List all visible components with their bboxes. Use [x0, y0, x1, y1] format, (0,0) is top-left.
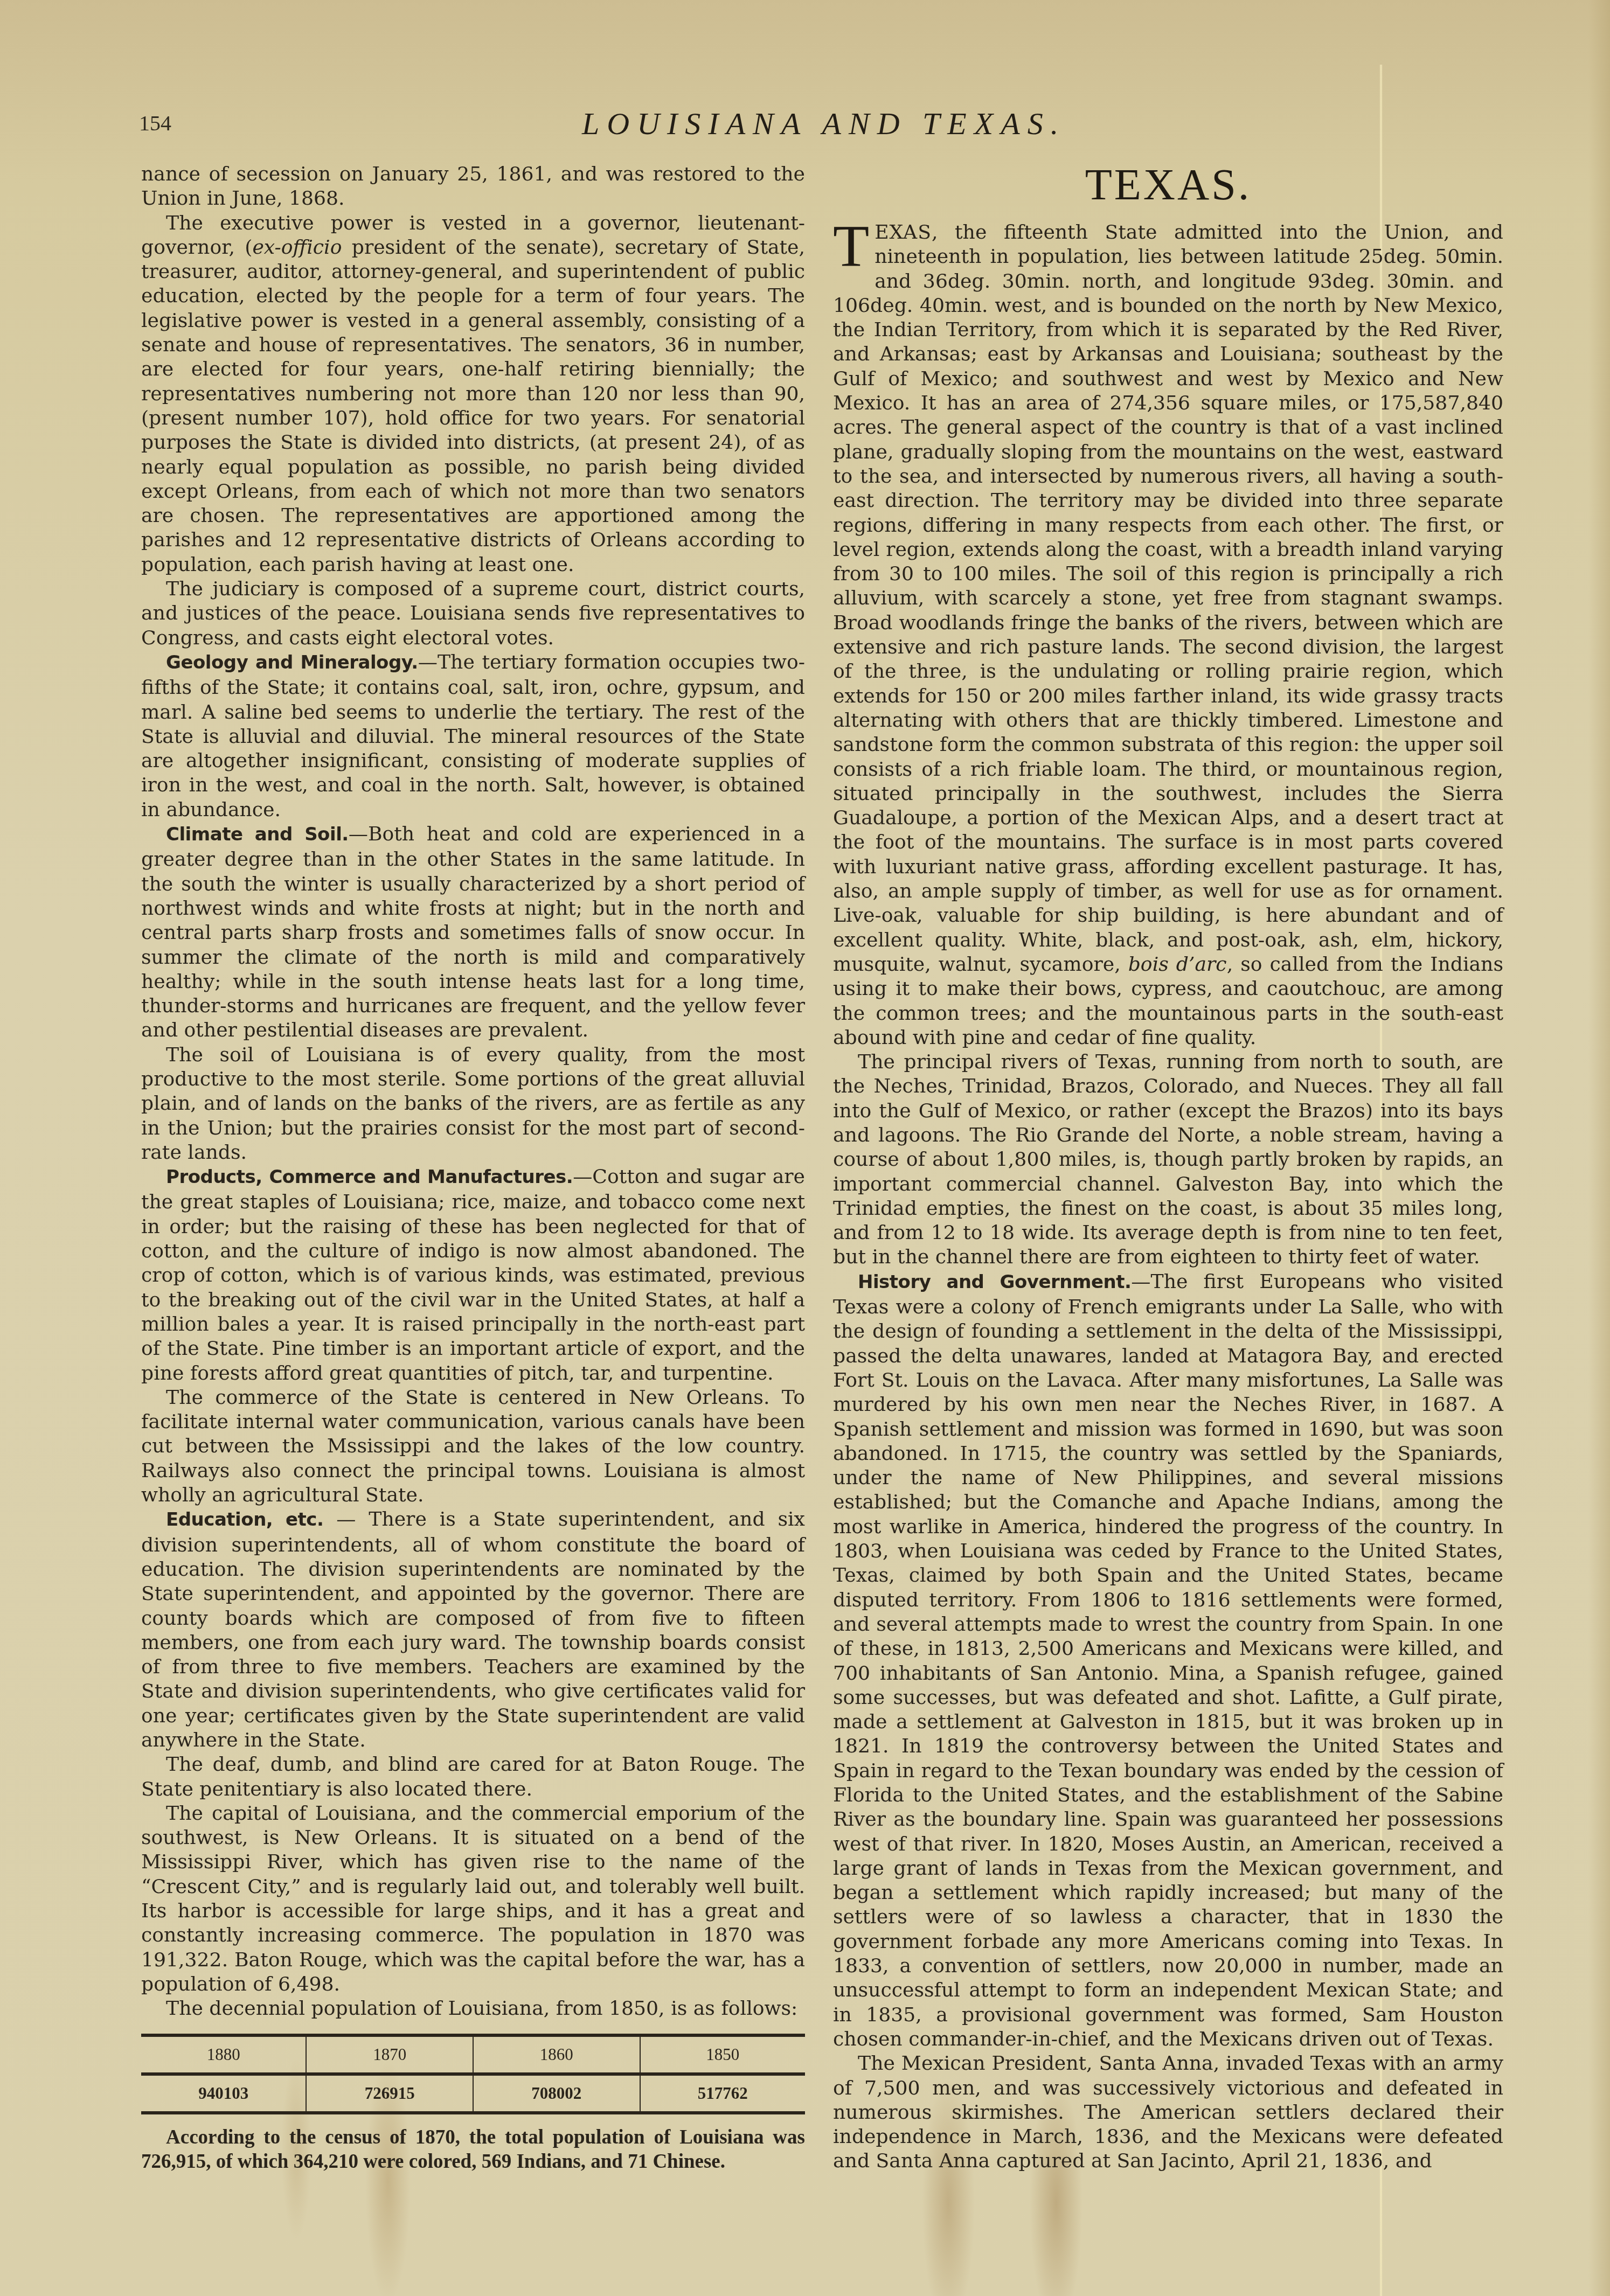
italic-term: bois d’arc	[1128, 952, 1227, 976]
subheading-history: History and Government.	[858, 1271, 1131, 1293]
table-cell: 940103	[141, 2074, 306, 2113]
italic-term: ex-officio	[252, 235, 342, 259]
drop-cap-letter: T	[833, 223, 869, 269]
table-cell: 726915	[306, 2074, 473, 2113]
table-header-cell: 1860	[473, 2035, 640, 2074]
table-header-cell: 1850	[640, 2035, 805, 2074]
paragraph-rivers: The principal rivers of Texas, running f…	[833, 1049, 1503, 1269]
subheading-education: Education, etc.	[166, 1509, 323, 1530]
subheading-climate: Climate and Soil.	[166, 824, 349, 845]
table-header-cell: 1870	[306, 2035, 473, 2074]
text-run: — There is a State superintendent, and s…	[141, 1507, 805, 1751]
paragraph-deaf-dumb-blind: The deaf, dumb, and blind are cared for …	[141, 1752, 805, 1801]
subheading-products: Products, Commerce and Manufactures.	[166, 1166, 573, 1188]
table-cell: 517762	[640, 2074, 805, 2113]
text-run: —Both heat and cold are experienced in a…	[141, 822, 805, 1041]
table-header-cell: 1880	[141, 2035, 306, 2074]
paragraph-decennial-intro: The decennial population of Louisiana, f…	[141, 1996, 805, 2020]
text-run: , the fifteenth State admitted into the …	[833, 220, 1503, 976]
page-number: 154	[139, 110, 171, 136]
paragraph-geology: Geology and Mineralogy.—The tertiary for…	[141, 650, 805, 822]
text-run: —The tertiary formation occupies two-fif…	[141, 650, 805, 821]
paragraph-santa-anna: The Mexican President, Santa Anna, invad…	[833, 2051, 1503, 2173]
population-table: 1880 1870 1860 1850 940103 726915 708002…	[141, 2034, 805, 2114]
page-edge-shadow	[1588, 0, 1610, 2296]
section-title-texas: TEXAS.	[833, 161, 1503, 209]
text-run: president of the senate), secretary of S…	[141, 235, 805, 576]
paragraph-executive-power: The executive power is vested in a gover…	[141, 211, 805, 576]
paragraph-commerce: The commerce of the State is centered in…	[141, 1385, 805, 1507]
paragraph-soil: The soil of Louisiana is of every qualit…	[141, 1042, 805, 1164]
first-word-rest: EXAS	[875, 220, 932, 243]
paragraph-products: Products, Commerce and Manufactures.—Cot…	[141, 1164, 805, 1385]
table-cell: 708002	[473, 2074, 640, 2113]
paragraph-judiciary: The judiciary is composed of a supreme c…	[141, 576, 805, 650]
subheading-geology: Geology and Mineralogy.	[166, 652, 418, 673]
running-title: LOUISIANA AND TEXAS.	[582, 106, 1078, 142]
paragraph-capital: The capital of Louisiana, and the commer…	[141, 1801, 805, 1996]
paragraph-census-1870: According to the census of 1870, the tot…	[141, 2125, 805, 2174]
right-column: TEXAS. TEXAS, the fifteenth State admitt…	[833, 162, 1503, 2173]
paragraph-texas-intro: TEXAS, the fifteenth State admitted into…	[833, 220, 1503, 1049]
paragraph-climate: Climate and Soil.—Both heat and cold are…	[141, 822, 805, 1042]
table-header-row: 1880 1870 1860 1850	[141, 2035, 805, 2074]
text-run: —Cotton and sugar are the great staples …	[141, 1165, 805, 1384]
left-column: nance of secession on January 25, 1861, …	[141, 162, 805, 2174]
paragraph-history: History and Government.—The first Europe…	[833, 1269, 1503, 2051]
paragraph-education: Education, etc. — There is a State super…	[141, 1507, 805, 1752]
paragraph: nance of secession on January 25, 1861, …	[141, 162, 805, 211]
text-run: —The first Europeans who visited Texas w…	[833, 1270, 1503, 2050]
table-row: 940103 726915 708002 517762	[141, 2074, 805, 2113]
